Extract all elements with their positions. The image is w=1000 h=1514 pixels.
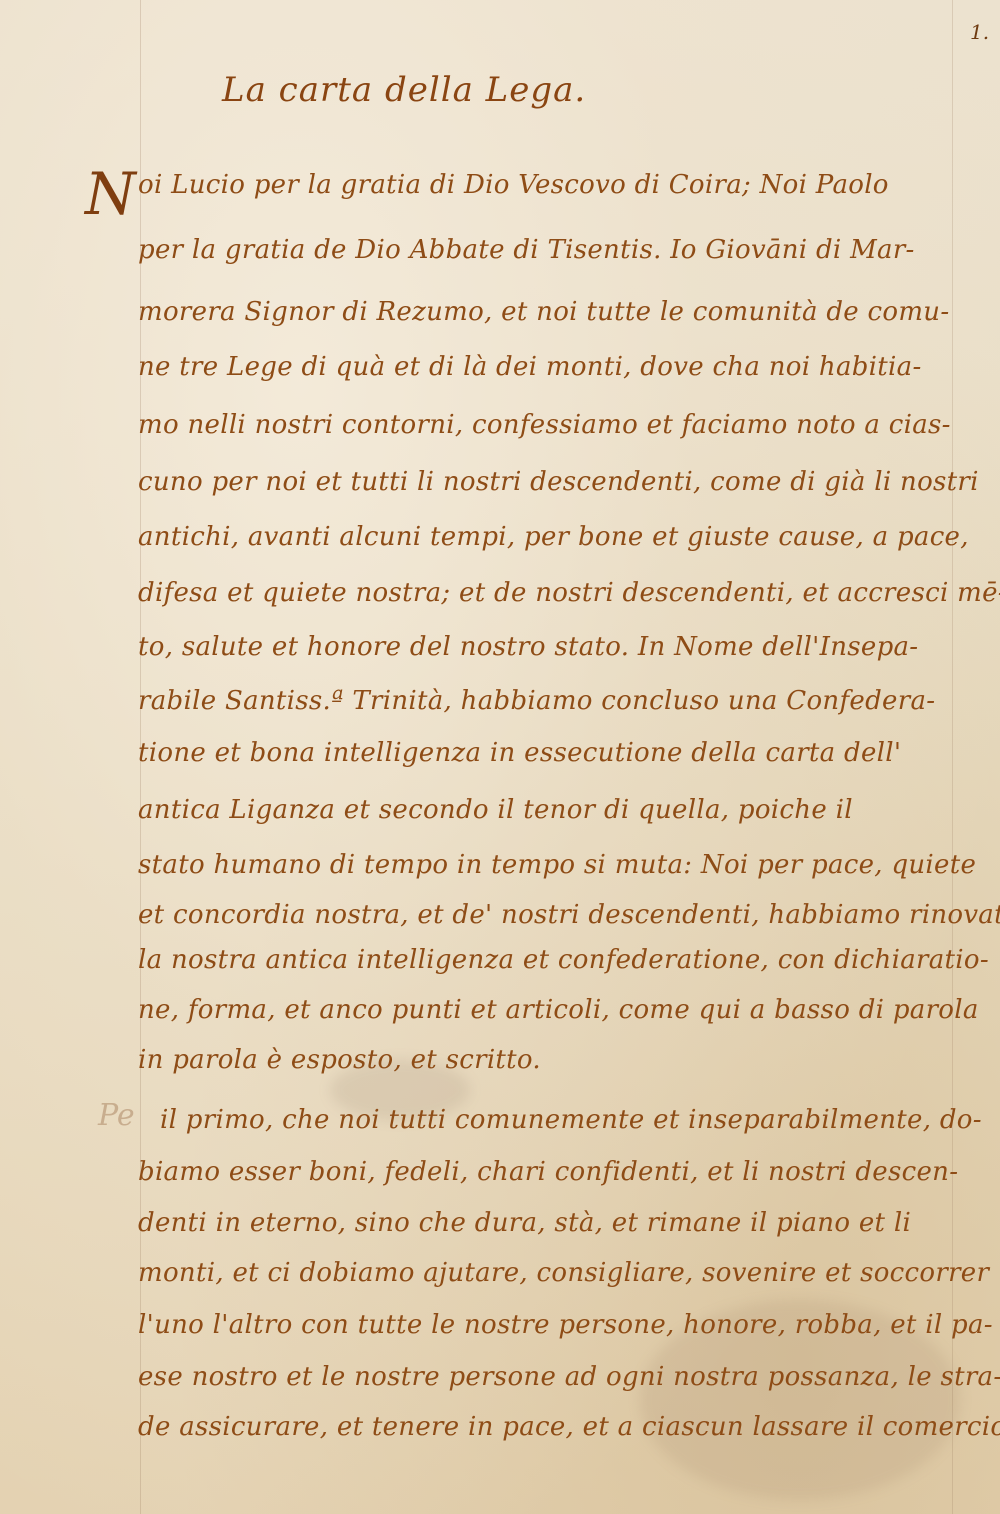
text-line: to, salute et honore del nostro stato. I… [138,632,918,662]
text-line: ne tre Lege di quà et di là dei monti, d… [138,352,922,382]
text-line: la nostra antica intelligenza et confede… [138,945,989,975]
text-line: tione et bona intelligenza in essecution… [138,738,901,768]
text-line: oi Lucio per la gratia di Dio Vescovo di… [138,170,889,200]
text-line: in parola è esposto, et scritto. [138,1045,541,1075]
text-line: cuno per noi et tutti li nostri descende… [138,467,979,497]
text-line: antichi, avanti alcuni tempi, per bone e… [138,522,969,552]
text-line: il primo, che noi tutti comunemente et i… [160,1105,982,1135]
text-line: denti in eterno, sino che dura, stà, et … [138,1208,911,1238]
text-line: ne, forma, et anco punti et articoli, co… [138,995,979,1025]
text-line: antica Liganza et secondo il tenor di qu… [138,795,853,825]
folio-number: 1. [970,20,989,44]
text-line: mo nelli nostri contorni, confessiamo et… [138,410,951,440]
manuscript-page: 1. La carta della Lega. N oi Lucio per l… [0,0,1000,1514]
text-line: monti, et ci dobiamo ajutare, consigliar… [138,1258,989,1288]
text-line: difesa et quiete nostra; et de nostri de… [138,578,1000,608]
faint-initial: Pe [98,1098,135,1133]
text-line: morera Signor di Rezumo, et noi tutte le… [138,297,949,327]
text-line: per la gratia de Dio Abbate di Tisentis.… [138,235,915,265]
text-line: biamo esser boni, fedeli, chari confiden… [138,1157,958,1187]
text-line: l'uno l'altro con tutte le nostre person… [138,1310,993,1340]
decorated-initial: N [85,160,136,228]
text-line: de assicurare, et tenere in pace, et a c… [138,1412,1000,1442]
document-title: La carta della Lega. [222,70,586,110]
text-line: rabile Santiss.ª Trinità, habbiamo concl… [138,686,935,716]
text-line: ese nostro et le nostre persone ad ogni … [138,1362,1000,1392]
text-line: et concordia nostra, et de' nostri desce… [138,900,1000,930]
text-line: stato humano di tempo in tempo si muta: … [138,850,976,880]
